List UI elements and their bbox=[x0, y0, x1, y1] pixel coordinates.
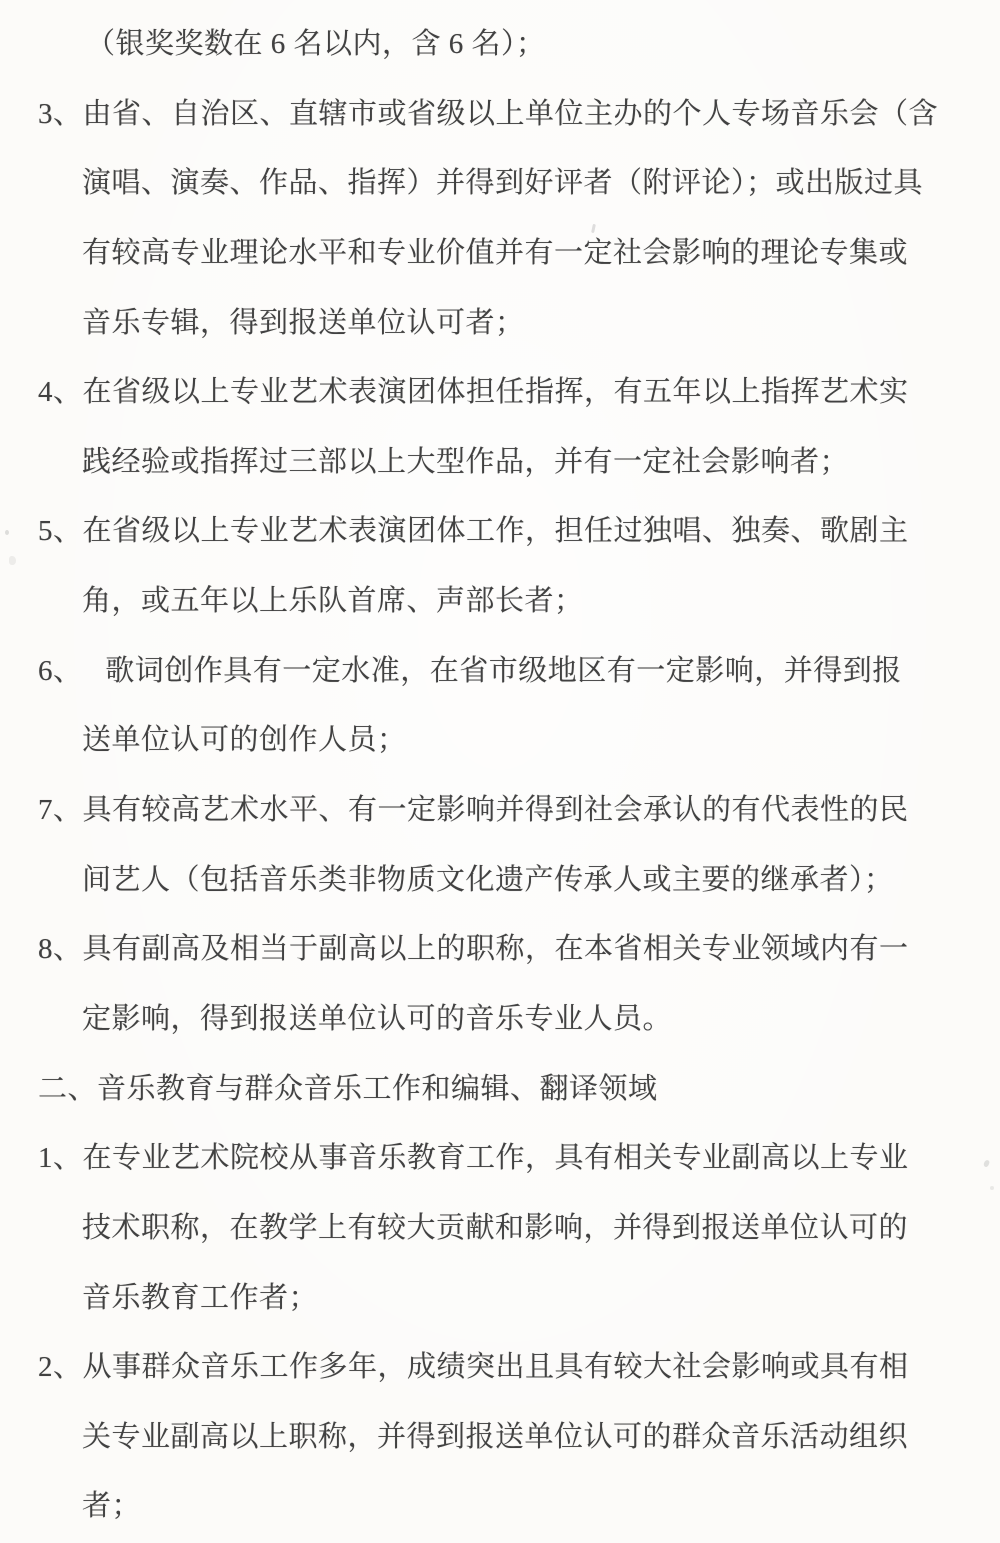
text-line: 定影响，得到报送单位认可的音乐专业人员。 bbox=[0, 985, 1000, 1055]
text-line: 5、在省级以上专业艺术表演团体工作，担任过独唱、独奏、歌剧主 bbox=[0, 497, 1000, 567]
text-line: 间艺人（包括音乐类非物质文化遗产传承人或主要的继承者）； bbox=[0, 846, 1000, 916]
text-line: 音乐专辑，得到报送单位认可者； bbox=[0, 289, 1000, 359]
text-line: 1、在专业艺术院校从事音乐教育工作，具有相关专业副高以上专业 bbox=[0, 1124, 1000, 1194]
text-line: 有较高专业理论水平和专业价值并有一定社会影响的理论专集或 bbox=[0, 219, 1000, 289]
text-line: 演唱、演奏、作品、指挥）并得到好评者（附评论）；或出版过具 bbox=[0, 149, 1000, 219]
text-line: 角，或五年以上乐队首席、声部长者； bbox=[0, 567, 1000, 637]
text-line: 3、由省、自治区、直辖市或省级以上单位主办的个人专场音乐会（含 bbox=[0, 80, 1000, 150]
document-page: （银奖奖数在 6 名以内，含 6 名）；3、由省、自治区、直辖市或省级以上单位主… bbox=[0, 0, 1000, 1543]
text-line: 2、从事群众音乐工作多年，成绩突出且具有较大社会影响或具有相 bbox=[0, 1333, 1000, 1403]
text-line: 二、音乐教育与群众音乐工作和编辑、翻译领域 bbox=[0, 1055, 1000, 1125]
text-line: 送单位认可的创作人员； bbox=[0, 706, 1000, 776]
text-line: 6、 歌词创作具有一定水准，在省市级地区有一定影响，并得到报 bbox=[0, 637, 1000, 707]
text-lines: （银奖奖数在 6 名以内，含 6 名）；3、由省、自治区、直辖市或省级以上单位主… bbox=[0, 10, 1000, 1542]
text-line: 7、具有较高艺术水平、有一定影响并得到社会承认的有代表性的民 bbox=[0, 776, 1000, 846]
text-line: 者； bbox=[0, 1472, 1000, 1542]
text-line: 践经验或指挥过三部以上大型作品，并有一定社会影响者； bbox=[0, 428, 1000, 498]
scan-artifact bbox=[990, 1186, 994, 1190]
text-line: 音乐教育工作者； bbox=[0, 1264, 1000, 1334]
text-line: 4、在省级以上专业艺术表演团体担任指挥，有五年以上指挥艺术实 bbox=[0, 358, 1000, 428]
text-line: 8、具有副高及相当于副高以上的职称，在本省相关专业领域内有一 bbox=[0, 915, 1000, 985]
scan-artifact bbox=[5, 530, 9, 535]
scan-artifact bbox=[9, 556, 16, 565]
text-line: （银奖奖数在 6 名以内，含 6 名）； bbox=[0, 10, 1000, 80]
text-line: 关专业副高以上职称，并得到报送单位认可的群众音乐活动组织 bbox=[0, 1403, 1000, 1473]
text-line: 技术职称，在教学上有较大贡献和影响，并得到报送单位认可的 bbox=[0, 1194, 1000, 1264]
